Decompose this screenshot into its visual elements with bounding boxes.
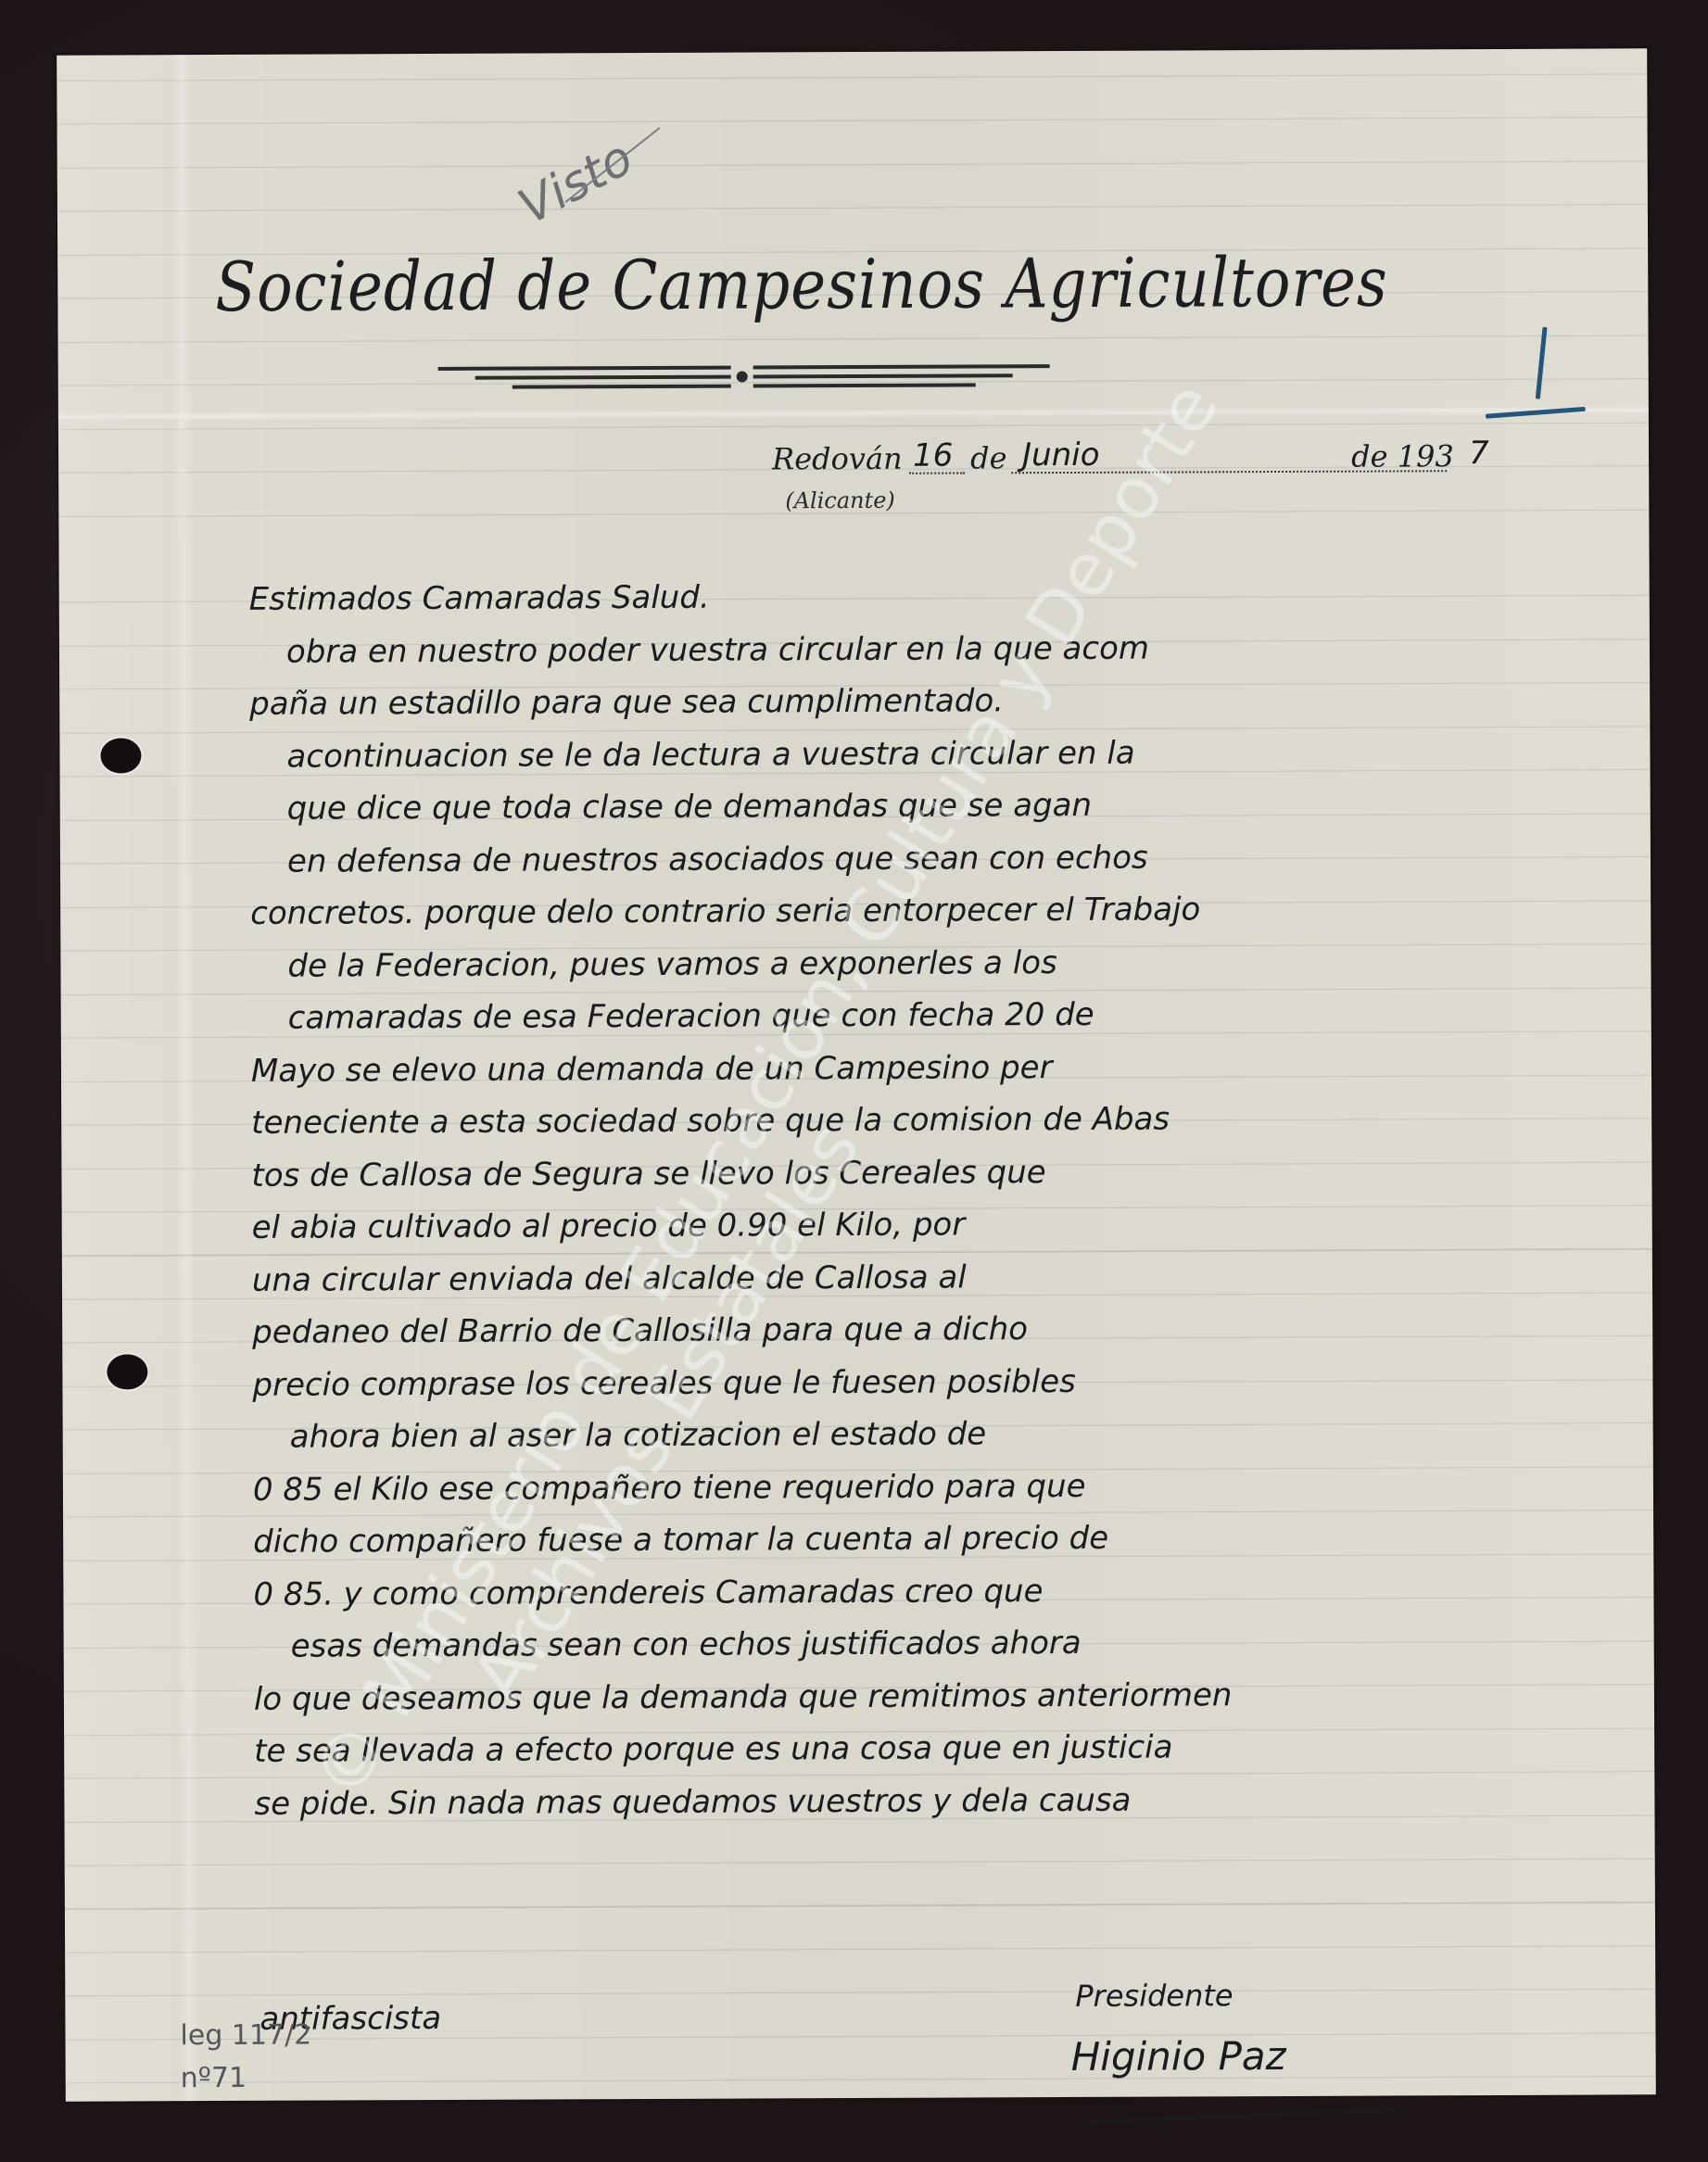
letter-line: que dice que toda clase de demandas que … bbox=[250, 777, 1631, 835]
paper-fold-vertical bbox=[171, 55, 199, 2101]
letter-line: precio comprase los cereales que le fues… bbox=[252, 1353, 1633, 1411]
date-month: Junio bbox=[1022, 436, 1100, 474]
letterhead-ornament-icon bbox=[438, 361, 1050, 392]
pencil-annotation-visto: Visto bbox=[510, 130, 641, 235]
letter-line: Mayo se elevo una demanda de un Campesin… bbox=[251, 1039, 1632, 1097]
punch-hole-icon bbox=[100, 738, 141, 773]
letter-line: pedaneo del Barrio de Callosilla para qu… bbox=[252, 1300, 1633, 1359]
letter-line: lo que deseamos que la demanda que remit… bbox=[254, 1667, 1635, 1726]
date-line: Redován 16 de Junio de 193 7 bbox=[772, 438, 1513, 478]
letter-line: en defensa de nuestros asociados que sea… bbox=[250, 829, 1631, 888]
archive-legajo: leg 117/2 bbox=[180, 2015, 311, 2058]
date-day: 16 bbox=[913, 437, 953, 474]
letter-line: una circular enviada del alcalde de Call… bbox=[252, 1248, 1633, 1307]
archive-reference: leg 117/2 nº71 bbox=[180, 2015, 311, 2101]
letterhead-region: (Alicante) bbox=[785, 487, 895, 514]
signature-name: Higinio Paz bbox=[1071, 2033, 1286, 2080]
letter-line: te sea llevada a efecto porque es una co… bbox=[254, 1719, 1635, 1777]
punch-hole-icon bbox=[107, 1354, 147, 1389]
letter-line: obra en nuestro poder vuestra circular e… bbox=[249, 620, 1630, 678]
letter-line: de la Federacion, pues vamos a exponerle… bbox=[250, 934, 1631, 992]
date-place: Redován bbox=[772, 441, 903, 477]
letter-line: teneciente a esta sociedad sobre que la … bbox=[251, 1091, 1632, 1149]
letter-paper: Visto Sociedad de Campesinos Agricultore… bbox=[57, 48, 1656, 2101]
letter-body: Estimados Camaradas Salud. obra en nuest… bbox=[249, 567, 1636, 1829]
letter-line: se pide. Sin nada mas quedamos vuestros … bbox=[254, 1772, 1635, 1830]
letter-line: el abia cultivado al precio de 0.90 el K… bbox=[252, 1195, 1633, 1254]
letter-line: concretos. porque delo contrario seria e… bbox=[250, 881, 1631, 940]
letter-line: camaradas de esa Federacion que con fech… bbox=[251, 986, 1632, 1044]
letter-line: paña un estadillo para que sea cumplimen… bbox=[249, 672, 1630, 730]
letter-line: dicho compañero fuese a tomar la cuenta … bbox=[253, 1510, 1634, 1568]
letter-line: acontinuacion se le da lectura a vuestra… bbox=[249, 725, 1630, 783]
signature-title: Presidente bbox=[1075, 1978, 1233, 2014]
letter-line: tos de Callosa de Segura se llevo los Ce… bbox=[251, 1144, 1632, 1202]
letter-line: esas demandas sean con echos justificado… bbox=[254, 1614, 1635, 1673]
blue-pencil-mark-icon bbox=[1536, 327, 1548, 399]
date-year-digit: 7 bbox=[1469, 435, 1489, 472]
letterhead-title: Sociedad de Campesinos Agricultores bbox=[215, 243, 1512, 327]
date-year-prefix: de 193 bbox=[1351, 438, 1454, 474]
letter-line: 0 85 el Kilo ese compañero tiene requeri… bbox=[253, 1458, 1634, 1516]
letter-line: ahora bien al aser la cotizacion el esta… bbox=[253, 1405, 1634, 1463]
salutation: Estimados Camaradas Salud. bbox=[249, 567, 1630, 626]
letter-line: 0 85. y como comprendereis Camaradas cre… bbox=[253, 1562, 1634, 1621]
date-connector: de bbox=[970, 440, 1007, 475]
signature-flourish-icon bbox=[1090, 2108, 1396, 2124]
archive-number: nº71 bbox=[181, 2057, 312, 2101]
paper-fold-horizontal bbox=[58, 405, 1649, 421]
